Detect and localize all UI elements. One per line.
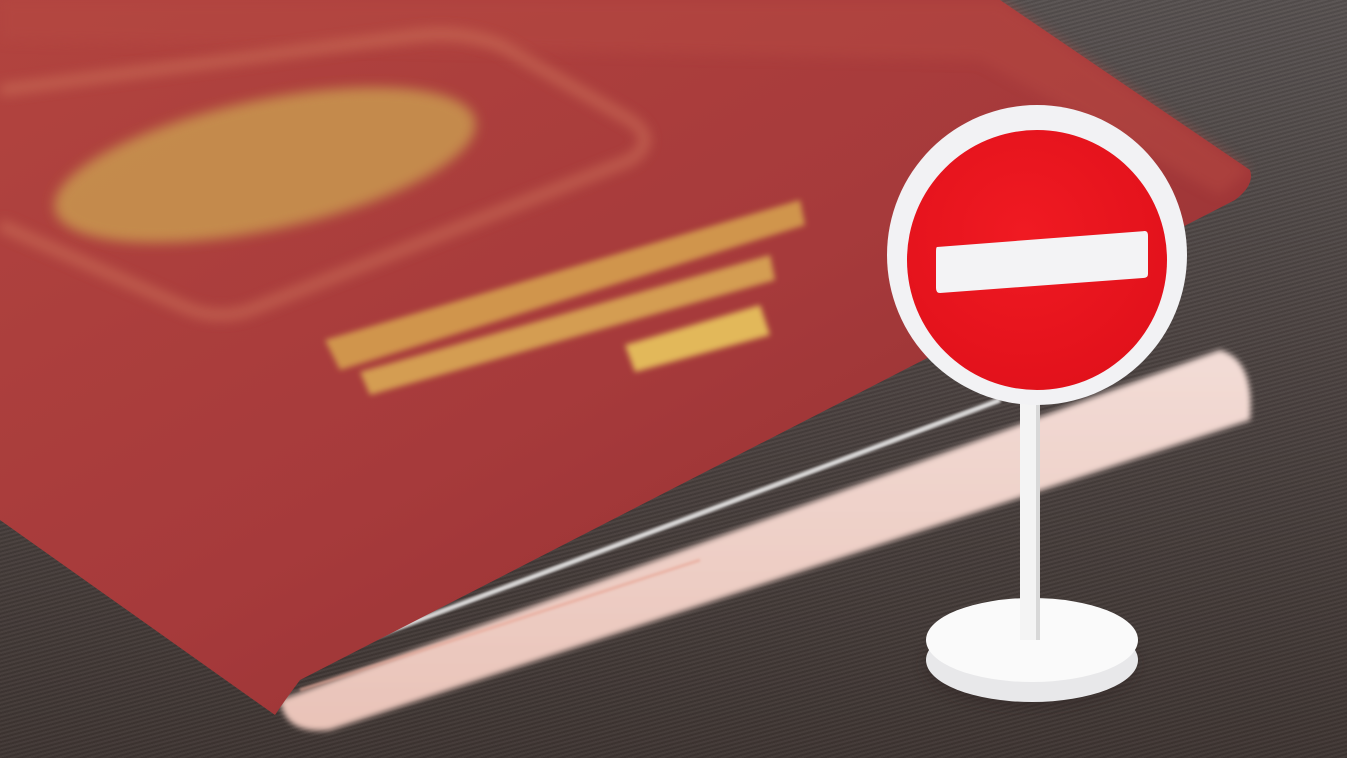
photo-scene: ПАСПОРТ PASSPORT <box>0 0 1347 758</box>
photo-illustration <box>0 0 1347 758</box>
